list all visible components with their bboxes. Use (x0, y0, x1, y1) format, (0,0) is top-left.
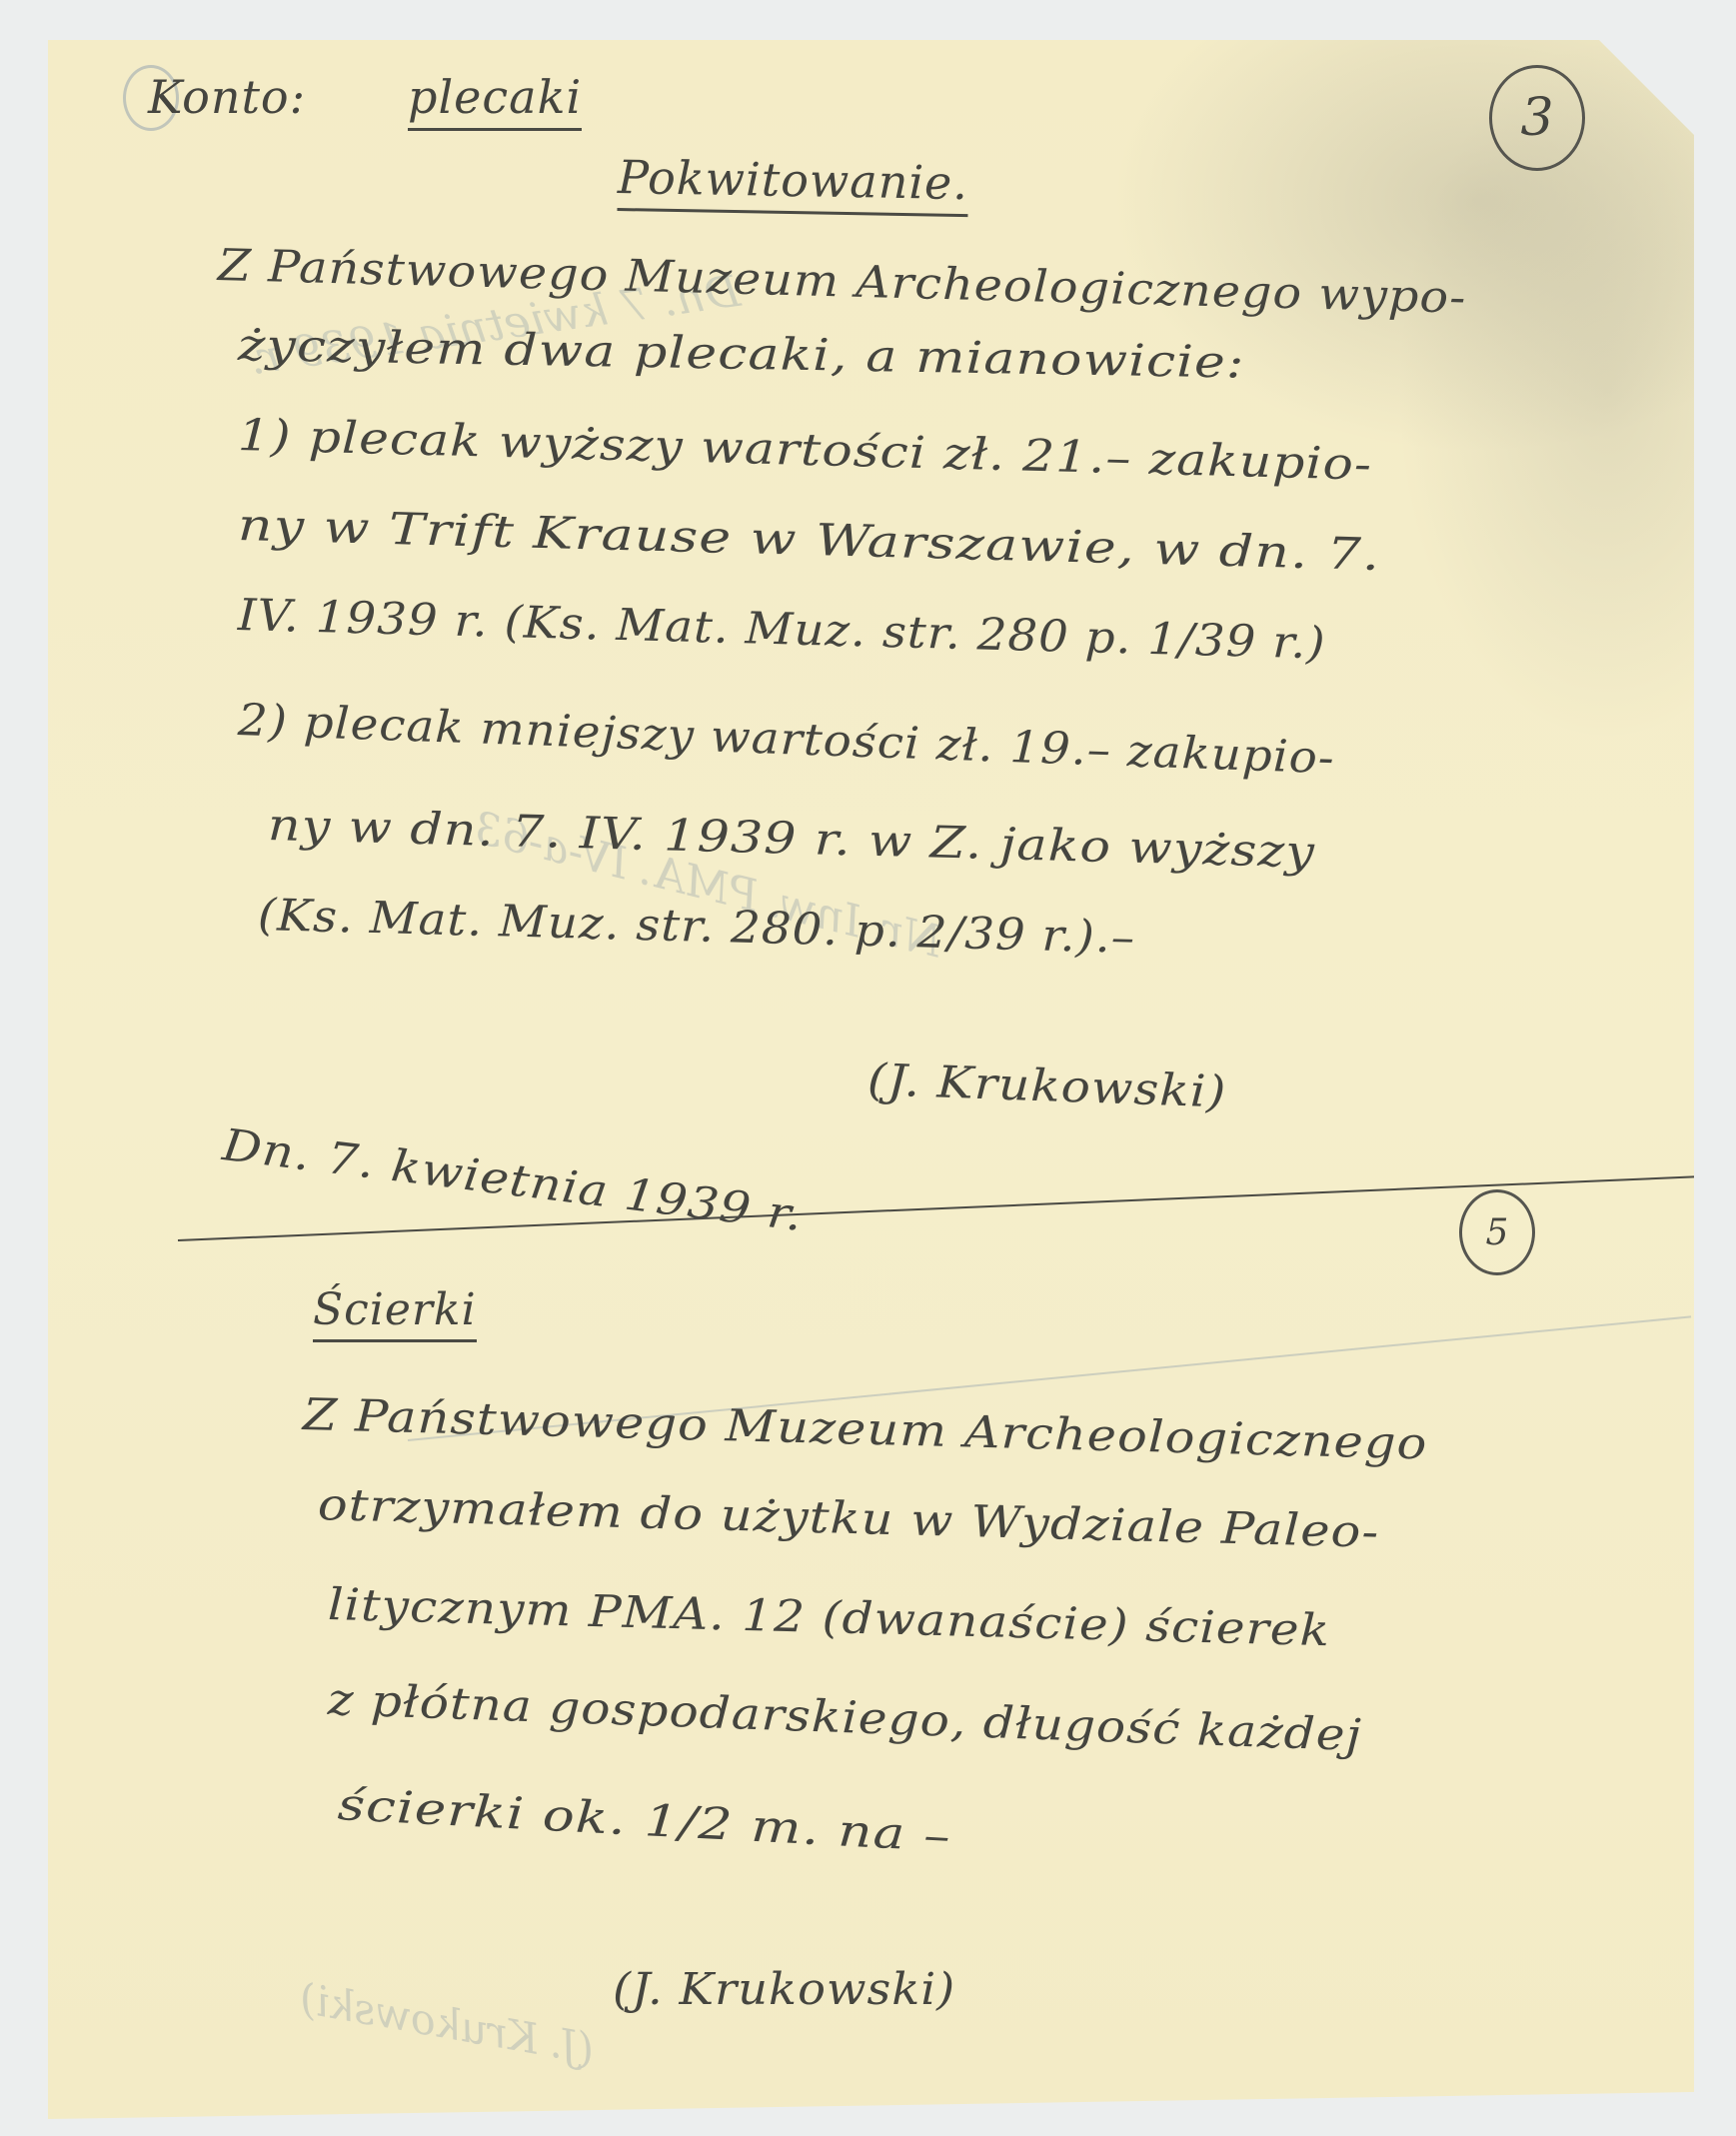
section1-line: (Ks. Mat. Muz. str. 280. p. 2/39 r.).– (257, 890, 1135, 964)
section1-line: Z Państwowego Muzeum Archeologicznego wy… (217, 240, 1467, 324)
section1-signature: (J. Krukowski) (867, 1055, 1227, 1118)
section1-line: IV. 1939 r. (Ks. Mat. Muz. str. 280 p. 1… (237, 590, 1326, 669)
receipt-heading: Pokwitowanie. (617, 150, 968, 217)
cloths-heading: Ścierki (313, 1284, 477, 1342)
page-number-circle: 5 (1459, 1189, 1535, 1275)
section2-line: Z Państwowego Muzeum Archeologicznego (302, 1389, 1428, 1469)
page-number-circle: 3 (1489, 65, 1585, 171)
section1-date: Dn. 7. kwietnia 1939 r. (220, 1119, 806, 1241)
section1-line: życzyłem dwa plecaki, a mianowicie: (238, 320, 1245, 389)
section2-line: z płótna gospodarskiego, długość każdej (327, 1674, 1362, 1761)
section1-line: 1) plecak wyższy wartości zł. 21.– zakup… (237, 410, 1372, 491)
section1-line: ny w dn. 7. IV. 1939 r. w Z. jako wyższy (267, 800, 1315, 878)
section2-signature: (J. Krukowski) (613, 1964, 955, 2015)
section2-line: litycznym PMA. 12 (dwanaście) ścierek (327, 1579, 1330, 1656)
page-number: 5 (1486, 1212, 1509, 1253)
section1-line: 2) plecak mniejszy wartości zł. 19.– zak… (237, 695, 1335, 784)
section1-line: ny w Trift Krause w Warszawie, w dn. 7. (237, 500, 1381, 581)
section2-line: otrzymałem do użytku w Wydziale Paleo- (317, 1479, 1380, 1558)
page-number: 3 (1520, 88, 1553, 148)
section2-line: ścierki ok. 1/2 m. na – (337, 1779, 953, 1862)
account-label: Konto: (148, 70, 306, 124)
account-value: plecaki (408, 70, 582, 131)
document-page: Dn. 7 kwietnia 1939 r. Nr. Inw. PMA. IV-… (48, 40, 1694, 2119)
bleed-through-text: (J. Krukowski) (296, 1973, 599, 2073)
